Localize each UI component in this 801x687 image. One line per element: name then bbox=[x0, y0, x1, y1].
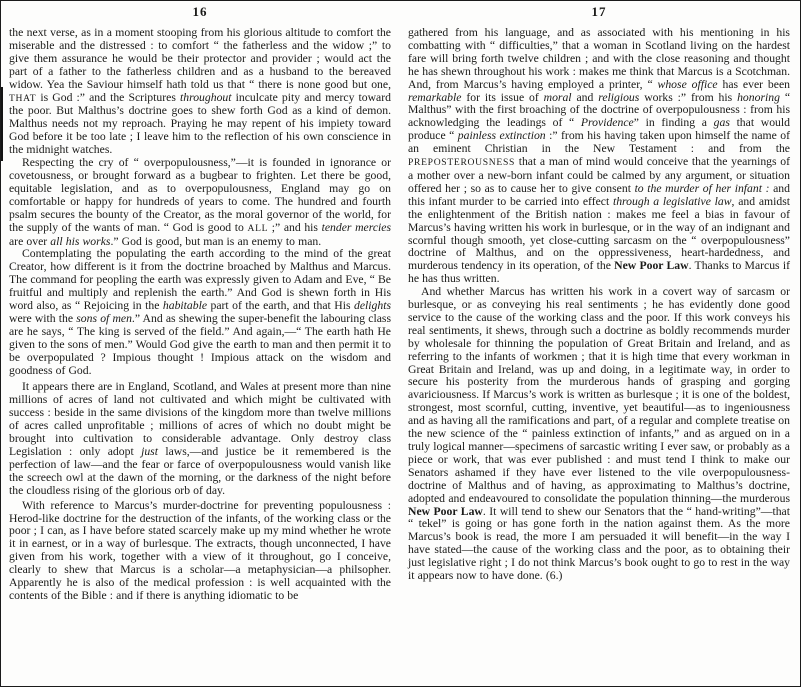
text-segment: moral bbox=[544, 91, 572, 104]
text-segment: remarkable bbox=[408, 91, 461, 104]
text-segment: PREPOSTEROUSNESS bbox=[408, 157, 515, 168]
text-segment: ” in finding a bbox=[634, 116, 714, 129]
page-text: gathered from his language, and as assoc… bbox=[408, 27, 790, 583]
paragraph: And whether Marcus has written his work … bbox=[408, 286, 790, 583]
text-segment: and bbox=[572, 91, 599, 104]
paragraph: gathered from his language, and as assoc… bbox=[408, 27, 790, 286]
text-segment: THAT bbox=[9, 93, 36, 104]
paragraph: With reference to Marcus’s murder-doctri… bbox=[9, 500, 391, 603]
text-segment: whose office bbox=[658, 78, 718, 91]
text-segment: habitable bbox=[163, 299, 207, 312]
text-segment: to the murder of her infant : bbox=[635, 182, 770, 195]
text-segment: ;” and his bbox=[268, 221, 321, 234]
paragraph: Contemplating the populating the earth a… bbox=[9, 248, 391, 377]
text-segment: painless extinction bbox=[458, 129, 546, 142]
text-segment: for its issue of bbox=[461, 91, 543, 104]
page-number: 16 bbox=[9, 5, 391, 19]
text-segment: works :” from his bbox=[639, 91, 737, 104]
text-segment: With reference to Marcus’s murder-doctri… bbox=[9, 499, 391, 602]
text-segment: just bbox=[141, 445, 158, 458]
text-segment: all his works bbox=[50, 235, 110, 248]
paragraph: It appears there are in England, Scotlan… bbox=[9, 381, 391, 497]
text-segment: Providence bbox=[581, 116, 634, 129]
page-number: 17 bbox=[408, 5, 790, 19]
text-segment: delights bbox=[354, 299, 391, 312]
book-spread: 16 the next verse, as in a moment stoopi… bbox=[0, 0, 801, 687]
text-segment: sons of men bbox=[76, 312, 132, 325]
text-segment: are over bbox=[9, 235, 50, 248]
text-segment: were with the bbox=[9, 312, 76, 325]
text-segment: throughout bbox=[180, 91, 232, 104]
text-segment: New Poor Law bbox=[408, 505, 483, 518]
text-segment: And whether Marcus has written his work … bbox=[408, 285, 790, 505]
text-segment: New Poor Law bbox=[614, 259, 688, 272]
text-segment: tender mercies bbox=[322, 221, 391, 234]
text-segment: part of the earth, and that His bbox=[207, 299, 354, 312]
text-segment: honoring bbox=[737, 91, 780, 104]
text-segment: has ever been bbox=[718, 78, 790, 91]
page-16: 16 the next verse, as in a moment stoopi… bbox=[9, 4, 391, 686]
page-17: 17 gathered from his language, and as as… bbox=[408, 4, 790, 686]
text-segment: religious bbox=[598, 91, 639, 104]
text-segment: gas bbox=[714, 116, 730, 129]
page-text: the next verse, as in a moment stooping … bbox=[9, 27, 391, 603]
text-segment: through a legislative law bbox=[613, 195, 732, 208]
paragraph: the next verse, as in a moment stooping … bbox=[9, 27, 391, 157]
text-segment: ALL bbox=[247, 223, 268, 234]
scan-artifact-mark bbox=[1, 87, 3, 161]
paragraph: Respecting the cry of “ overpopulousness… bbox=[9, 157, 391, 248]
text-segment: .” God is good, but man is an enemy to m… bbox=[110, 235, 321, 248]
text-segment: the next verse, as in a moment stooping … bbox=[9, 26, 391, 91]
text-segment: is God :” and the Scriptures bbox=[36, 91, 180, 104]
